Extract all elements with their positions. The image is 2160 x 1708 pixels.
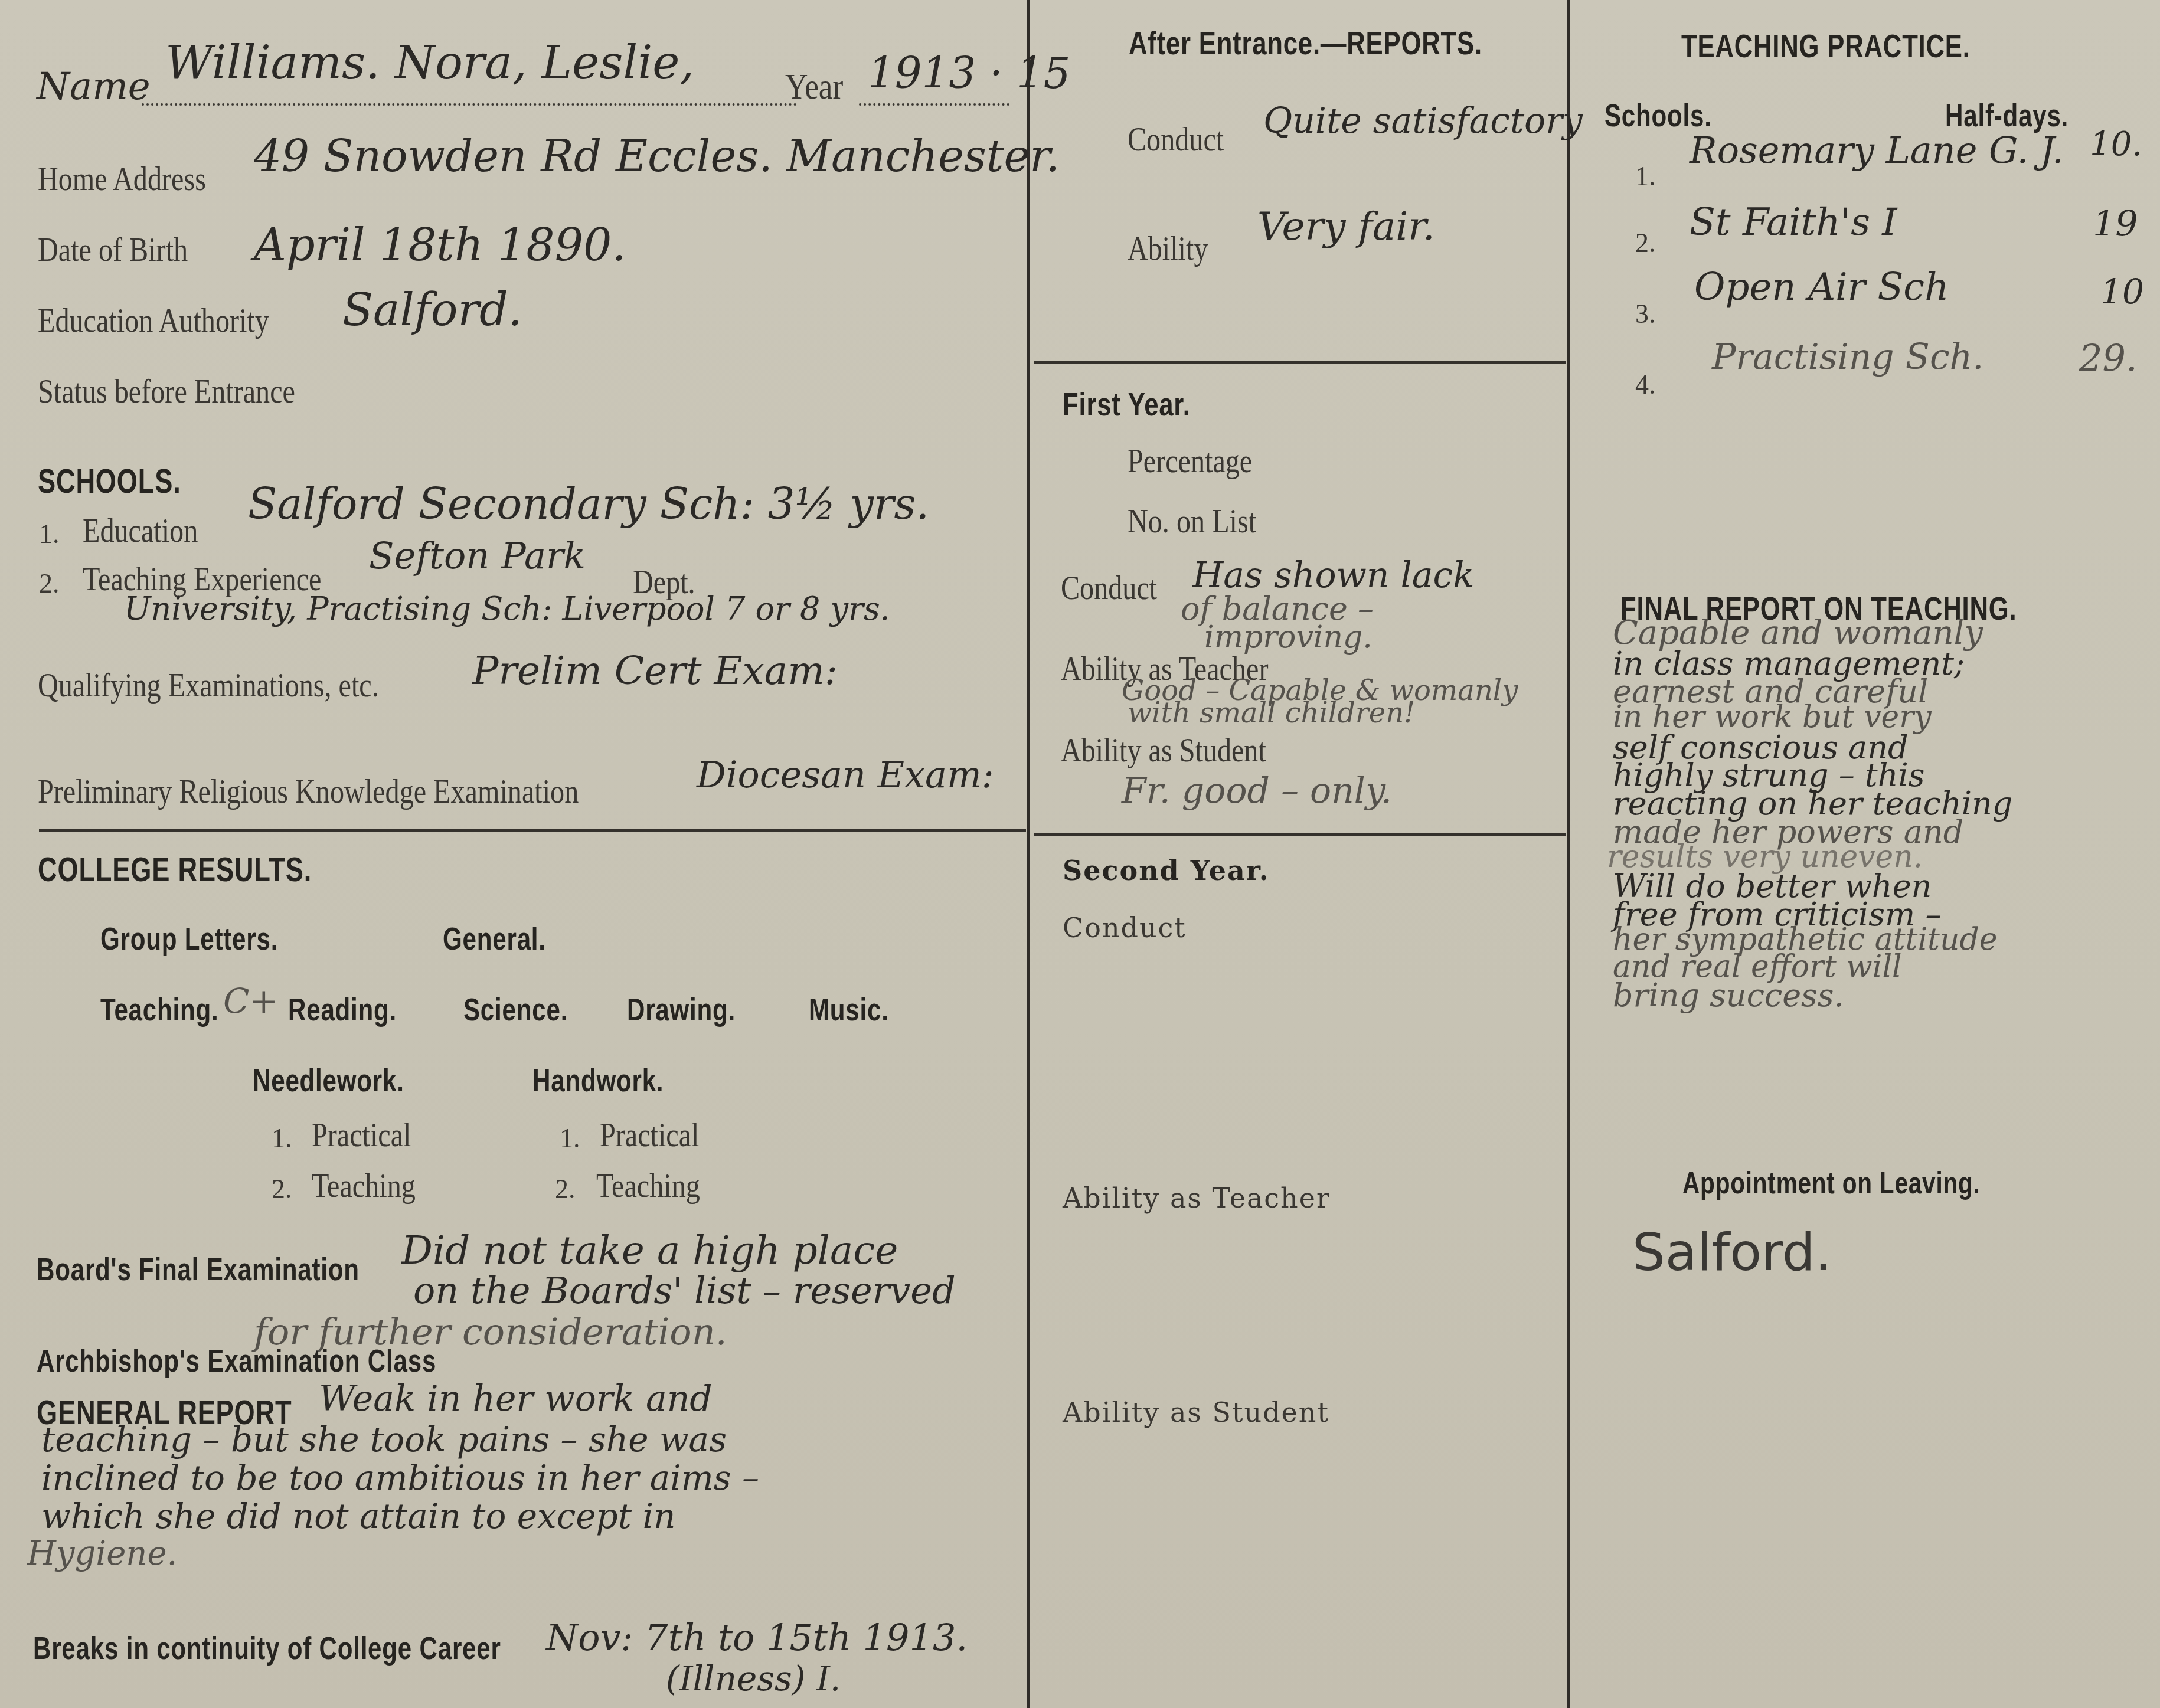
boards-final-label: Board's Final Examination	[37, 1251, 360, 1288]
practice-row-1-number: 1.	[1635, 161, 1656, 192]
year-dotted-line	[859, 103, 1009, 106]
practice-row-2-halfdays: 19	[2093, 204, 2138, 245]
rule-firstyear-secondyear	[1034, 833, 1566, 836]
second-year-ability-student-label: Ability as Student	[1063, 1396, 1329, 1428]
teaching-result-value: C+	[223, 981, 278, 1021]
second-year-ability-teacher-label: Ability as Teacher	[1063, 1182, 1331, 1214]
reports-ability-label: Ability	[1128, 230, 1208, 268]
qualifying-examinations-value: Prelim Cert Exam:	[472, 648, 838, 693]
needlework-practical-number: 1.	[272, 1123, 292, 1154]
general-report-line-4: which she did not attain to except in	[41, 1496, 675, 1536]
college-results-heading: COLLEGE RESULTS.	[38, 850, 312, 889]
first-year-ability-student-label: Ability as Student	[1061, 732, 1266, 770]
record-card: Name Williams. Nora, Leslie, Year 1913 ·…	[0, 0, 2160, 1708]
education-authority-value: Salford.	[342, 283, 522, 336]
percentage-label: Percentage	[1128, 443, 1252, 480]
religious-knowledge-label: Preliminary Religious Knowledge Examinat…	[38, 773, 579, 811]
practice-row-1-school: Rosemary Lane G. J.	[1690, 129, 2064, 172]
general-label: General.	[443, 921, 546, 957]
practice-row-2-school: St Faith's I	[1690, 201, 1897, 244]
no-on-list-label: No. on List	[1128, 503, 1256, 541]
practice-row-2-number: 2.	[1635, 227, 1656, 259]
name-value: Williams. Nora, Leslie,	[165, 37, 694, 90]
handwork-teaching-number: 2.	[555, 1173, 576, 1205]
handwork-teaching-label: Teaching	[596, 1167, 700, 1205]
first-year-conduct-line-3: improving.	[1204, 620, 1373, 655]
date-of-birth-label: Date of Birth	[38, 231, 188, 269]
teaching-experience-value: Sefton Park	[369, 534, 586, 577]
archbishop-exam-label: Archbishop's Examination Class	[37, 1343, 436, 1379]
boards-final-value-line-1: Did not take a high place	[401, 1228, 898, 1273]
reports-heading: After Entrance.—REPORTS.	[1129, 24, 1482, 62]
home-address-value: 49 Snowden Rd Eccles. Manchester.	[254, 131, 1060, 182]
needlework-teaching-label: Teaching	[312, 1167, 416, 1205]
reports-ability-value: Very fair.	[1257, 204, 1435, 249]
rule-reports-firstyear	[1034, 361, 1566, 364]
name-label: Name	[37, 65, 151, 109]
needlework-teaching-number: 2.	[272, 1173, 292, 1205]
date-of-birth-value: April 18th 1890.	[254, 218, 626, 271]
handwork-label: Handwork.	[532, 1062, 664, 1099]
first-year-ability-teacher-line-2: with small children!	[1128, 696, 1415, 729]
breaks-value-line-1: Nov: 7th to 15th 1913.	[546, 1616, 968, 1659]
boards-final-value-line-2: on the Boards' list – reserved	[413, 1269, 956, 1312]
final-report-line-14: bring success.	[1613, 977, 1844, 1014]
teaching-experience-value-2: University, Practising Sch: Liverpool 7 …	[124, 590, 890, 627]
appointment-heading: Appointment on Leaving.	[1682, 1166, 1981, 1201]
name-dotted-line	[142, 103, 797, 106]
needlework-label: Needlework.	[253, 1062, 404, 1099]
teaching-experience-number: 2.	[39, 568, 60, 599]
first-year-heading: First Year.	[1063, 385, 1191, 423]
column-divider-left	[1027, 0, 1030, 1708]
home-address-label: Home Address	[38, 161, 206, 198]
handwork-practical-number: 1.	[560, 1123, 580, 1154]
religious-knowledge-value: Diocesan Exam:	[697, 753, 994, 796]
teaching-result-label: Teaching.	[100, 992, 218, 1028]
practice-row-4-halfdays: 29.	[2079, 336, 2138, 379]
practice-row-3-number: 3.	[1635, 298, 1656, 329]
reports-conduct-value: Quite satisfactory	[1263, 100, 1583, 142]
general-report-line-2: teaching – but she took pains – she was	[41, 1419, 727, 1460]
practice-row-1-halfdays: 10.	[2090, 125, 2142, 163]
group-letters-label: Group Letters.	[100, 921, 278, 957]
year-label: Year	[785, 66, 843, 108]
column-divider-right	[1567, 0, 1570, 1708]
reports-conduct-label: Conduct	[1128, 121, 1224, 159]
breaks-value-line-2: (Illness) I.	[666, 1658, 841, 1699]
practice-row-4-number: 4.	[1635, 369, 1656, 400]
breaks-label: Breaks in continuity of College Career	[33, 1630, 501, 1667]
reading-label: Reading.	[288, 992, 397, 1028]
education-authority-label: Education Authority	[38, 302, 269, 340]
handwork-practical-label: Practical	[600, 1117, 699, 1154]
drawing-label: Drawing.	[627, 992, 736, 1028]
second-year-heading: Second Year.	[1063, 855, 1270, 886]
needlework-practical-label: Practical	[312, 1117, 411, 1154]
practice-row-3-halfdays: 10	[2100, 271, 2144, 312]
practice-row-4-school: Practising Sch.	[1712, 336, 1983, 378]
education-number: 1.	[39, 518, 60, 549]
schools-heading: SCHOOLS.	[38, 462, 181, 501]
teaching-practice-heading: TEACHING PRACTICE.	[1681, 27, 1971, 65]
education-label: Education	[83, 512, 198, 550]
first-year-ability-student-value: Fr. good – only.	[1122, 770, 1392, 812]
rule-left-college	[39, 829, 1026, 832]
status-before-entrance-label: Status before Entrance	[38, 373, 295, 411]
appointment-value: Salford.	[1632, 1222, 1832, 1282]
education-value: Salford Secondary Sch: 3½ yrs.	[248, 479, 929, 529]
general-report-line-1: Weak in her work and	[319, 1378, 713, 1419]
general-report-line-3: inclined to be too ambitious in her aims…	[41, 1458, 759, 1498]
first-year-conduct-label: Conduct	[1061, 570, 1157, 607]
year-value: 1913 · 15	[868, 48, 1071, 98]
second-year-conduct-label: Conduct	[1063, 912, 1187, 944]
science-label: Science.	[463, 992, 568, 1028]
general-report-line-5: Hygiene.	[27, 1534, 177, 1573]
practice-row-3-school: Open Air Sch	[1694, 266, 1949, 309]
qualifying-examinations-label: Qualifying Examinations, etc.	[38, 667, 379, 705]
music-label: Music.	[809, 992, 889, 1028]
